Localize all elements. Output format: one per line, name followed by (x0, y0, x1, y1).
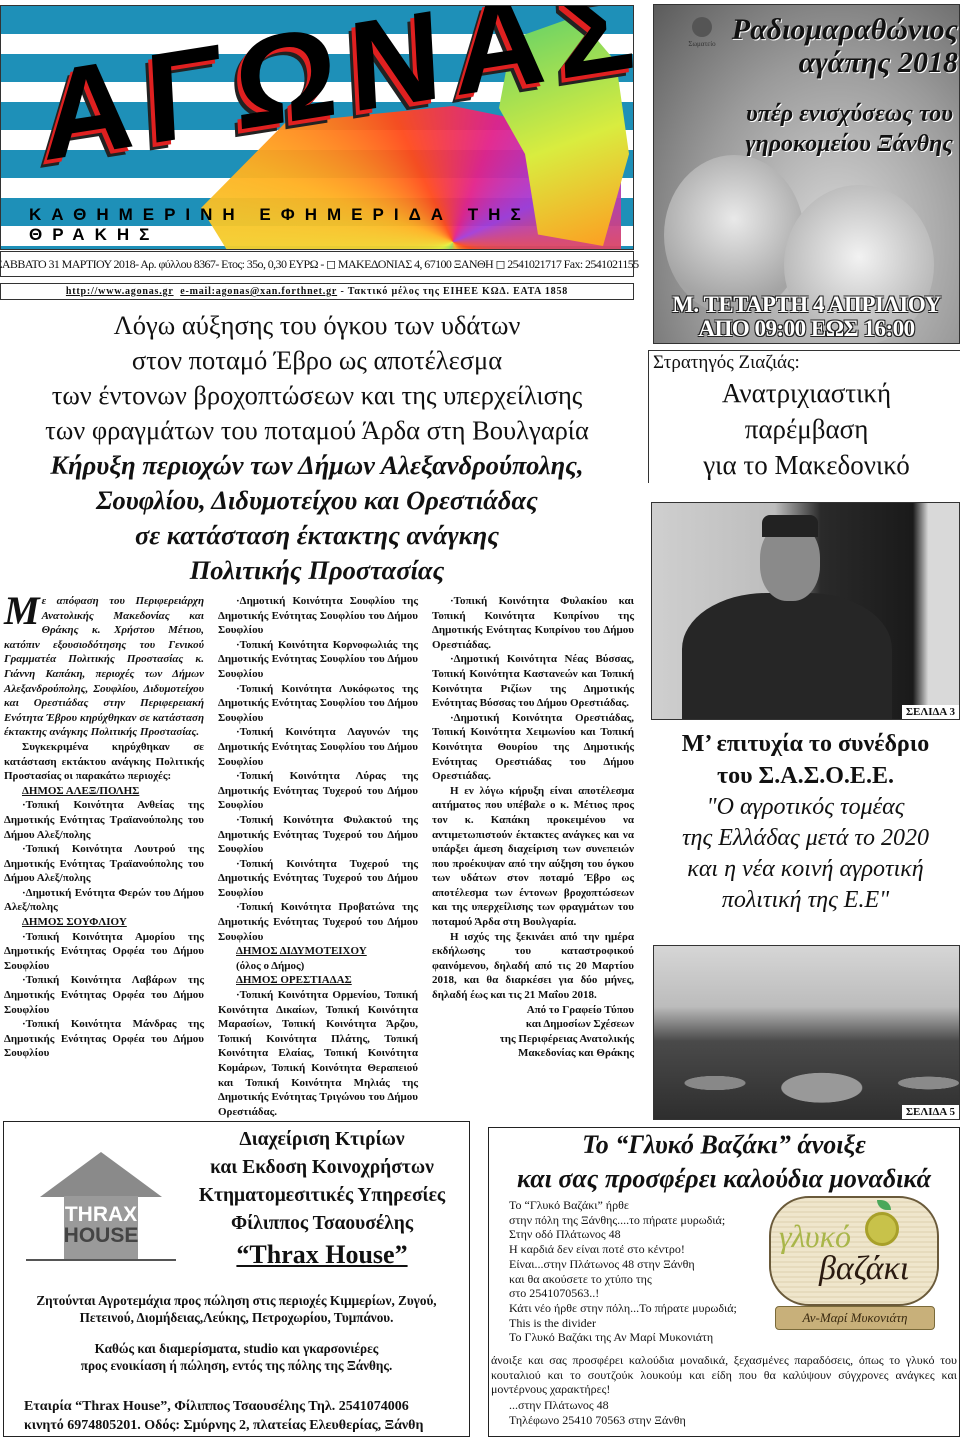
headline-main-line: Κήρυξη περιοχών των Δήμων Αλεξανδρούπολη… (0, 448, 634, 483)
ad-body: Ζητούνται Αγροτεμάχια προς πώληση στις π… (4, 1292, 469, 1374)
article-paragraph: Η εν λόγω κήρυξη είναι αποτέλεσμα αιτήμα… (432, 784, 634, 930)
story-title: Ανατριχιαστική παρέμβαση για το Μακεδονι… (653, 375, 960, 483)
list-item: ·Δημοτική Κοινότητα Ορεστιάδας, Τοπική Κ… (432, 711, 634, 784)
headline-main-line: Πολιτικής Προστασίας (0, 553, 634, 588)
main-headline: Λόγω αύξησης του όγκου των υδάτων στον π… (0, 308, 634, 588)
masthead-logo-banner: ΑΓΩΝΑΣ ΚΑΘΗΜΕΡΙΝΗ ΕΦΗΜΕΡΙΔΑ ΤΗΣ ΘΡΑΚΗΣ (0, 5, 634, 250)
promo-subtitle: υπέρ ενισχύσεως του γηροκομείου Ξάνθης (746, 99, 953, 159)
article-paragraph: Συγκεκριμένα κηρύχθηκαν σε κατάσταση εκτ… (4, 740, 204, 784)
list-item: ·Τοπική Κοινότητα Κορνοφωλιάς της Δημοτι… (218, 638, 418, 682)
story-headline: Μ’ επιτυχία το συνέδριο (651, 728, 960, 760)
logo-icon (692, 17, 712, 37)
list-item: ·Τοπική Κοινότητα Αμορίου της Δημοτικής … (4, 930, 204, 974)
story-quote: "Ο αγροτικός τομέας (651, 792, 960, 823)
headline-main-line: σε κατάσταση έκτακτης ανάγκης (0, 518, 634, 553)
ad-title: Το “Γλυκό Βαζάκι” άνοιξε και σας προσφέρ… (489, 1128, 959, 1196)
ad-contact: Εταιρία “Thrax House”, Φίλιππος Τσαουσέλ… (24, 1398, 464, 1435)
section-heading-soufli: ΔΗΜΟΣ ΣΟΥΦΛΙΟΥ (4, 915, 204, 930)
ad-paragraph: άνοιξε και σας προσφέρει καλούδια μοναδι… (491, 1353, 957, 1397)
ad-text-lines: Το “Γλυκό Βαζάκι” ήρθε στην πόλη της Ξάν… (509, 1198, 737, 1345)
list-item: ·Τοπική Κοινότητα Λαγυνών της Δημοτικής … (218, 725, 418, 769)
page-reference[interactable]: ΣΕΛΙΔΑ 5 (902, 1105, 959, 1119)
section-heading-orestiada: ΔΗΜΟΣ ΟΡΕΣΤΙΑΔΑΣ (218, 973, 418, 988)
article-column-3: ·Τοπική Κοινότητα Φυλακίου και Τοπική Κο… (432, 594, 634, 1061)
section-note: (όλος ο Δήμος) (218, 959, 418, 974)
signature-line: Μακεδονίας και Θράκης (432, 1046, 634, 1061)
apple-icon (865, 1212, 899, 1246)
thrax-house-ad[interactable]: THRAX HOUSE Διαχείριση Κτιρίων και Εκδοσ… (3, 1121, 470, 1437)
website-link[interactable]: http://www.agonas.gr (66, 286, 174, 297)
list-item: ·Τοπική Κοινότητα Λυκόφωτος της Δημοτική… (218, 682, 418, 726)
email-link[interactable]: e-mail:agonas@xan.forthnet.gr (180, 286, 337, 297)
article-column-2: ·Δημοτική Κοινότητα Σουφλίου της Δημοτικ… (218, 594, 418, 1119)
promo-datetime: Μ. ΤΕΤΑΡΤΗ 4 ΑΠΡΙΛΙΟΥ ΑΠΟ 09:00 ΕΩΣ 16:0… (654, 293, 959, 341)
list-item: ·Τοπική Κοινότητα Ορμενίου, Τοπική Κοινό… (218, 988, 418, 1119)
headline-intro-line: στον ποταμό Έβρο ως αποτέλεσμα (0, 343, 634, 378)
sasoee-story-teaser[interactable]: Μ’ επιτυχία το συνέδριο του Σ.Α.Σ.Ο.Ε.Ε.… (651, 728, 960, 916)
ad-brand-name: “Thrax House” (172, 1238, 472, 1272)
list-item: ·Δημοτική Κοινότητα Νέας Βύσσας, Τοπική … (432, 652, 634, 710)
headline-intro-line: των φραγμάτων του ποταμού Άρδα στη Βουλγ… (0, 413, 634, 448)
ziazias-story-teaser[interactable]: Στρατηγός Ζιαζιάς: Ανατριχιαστική παρέμβ… (648, 350, 960, 483)
list-item: ·Τοπική Κοινότητα Λύρας της Δημοτικής Εν… (218, 769, 418, 813)
list-item: ·Δημοτική Κοινότητα Σουφλίου της Δημοτικ… (218, 594, 418, 638)
list-item: ·Τοπική Κοινότητα Λαβάρων της Δημοτικής … (4, 973, 204, 1017)
story-quote: της Ελλάδας μετά το 2020 (651, 823, 960, 854)
article-column-1: Με απόφαση του Περιφερειάρχη Ανατολικής … (4, 594, 204, 1061)
list-item: ·Τοπική Κοινότητα Φυλακτού της Δημοτικής… (218, 813, 418, 857)
section-heading-alexandroupoli: ΔΗΜΟΣ ΑΛΕΞ/ΠΟΛΗΣ (4, 784, 204, 799)
article-paragraph: Η ισχύς της ξεκινάει από την ημέρα εκδήλ… (432, 930, 634, 1003)
signature-line: Από το Γραφείο Τύπου (432, 1003, 634, 1018)
contact-bar: http://www.agonas.gr e-mail:agonas@xan.f… (0, 283, 634, 300)
list-item: ·Τοπική Κοινότητα Ανθείας της Δημοτικής … (4, 798, 204, 842)
headline-main-line: Σουφλίου, Διδυμοτείχου και Ορεστιάδας (0, 483, 634, 518)
photo-young-woman (664, 155, 804, 315)
glyko-vazaki-ad[interactable]: Το “Γλυκό Βαζάκι” άνοιξε και σας προσφέρ… (488, 1127, 960, 1437)
house-logo-icon: THRAX HOUSE (26, 1152, 176, 1262)
list-item: ·Τοπική Κοινότητα Τυχερού της Δημοτικής … (218, 857, 418, 901)
photo-pavlos-melas: ΣΕΛΙΔΑ 3 (651, 502, 960, 720)
section-heading-didymoteicho: ΔΗΜΟΣ ΔΙΔΥΜΟΤΕΙΧΟΥ (218, 944, 418, 959)
signature-line: της Περιφέρειας Ανατολικής (432, 1032, 634, 1047)
list-item: ·Δημοτική Ενότητα Φερών του Δήμου Αλεξ/π… (4, 886, 204, 915)
radiomarathon-promo[interactable]: Σωματείο Ραδιομαραθώνιος αγάπης 2018 υπέ… (653, 4, 960, 344)
dateline-bar: ΣΑΒΒΑΤΟ 31 ΜΑΡΤΙΟΥ 2018- Αρ. φύλλου 8367… (0, 251, 634, 277)
ad-heading: Διαχείριση Κτιρίων και Εκδοση Κοινοχρήστ… (172, 1126, 472, 1272)
story-quote: πολιτική της Ε.Ε" (651, 885, 960, 916)
story-headline: του Σ.Α.Σ.Ο.Ε.Ε. (651, 760, 960, 792)
story-quote: και η νέα κοινή αγροτική (651, 854, 960, 885)
promo-title: Ραδιομαραθώνιος αγάπης 2018 (714, 13, 960, 79)
signature-line: και Δημοσίων Σχέσεων (432, 1017, 634, 1032)
list-item: ·Τοπική Κοινότητα Λουτρού της Δημοτικής … (4, 842, 204, 886)
photo-conference-hall: ΣΕΛΙΔΑ 5 (653, 945, 960, 1120)
list-item: ·Τοπική Κοινότητα Φυλακίου και Τοπική Κο… (432, 594, 634, 652)
list-item: ·Τοπική Κοινότητα Μάνδρας της Δημοτικής … (4, 1017, 204, 1061)
story-kicker: Στρατηγός Ζιαζιάς: (653, 351, 960, 375)
list-item: ·Τοπική Κοινότητα Προβατώνα της Δημοτική… (218, 900, 418, 944)
headline-intro-line: Λόγω αύξησης του όγκου των υδάτων (0, 308, 634, 343)
page-reference[interactable]: ΣΕΛΙΔΑ 3 (902, 705, 959, 719)
glyko-vazaki-logo: γλυκό βαζάκι Αν-Μαρί Μυκονιάτη (757, 1188, 957, 1338)
article-lead: Με απόφαση του Περιφερειάρχη Ανατολικής … (4, 594, 204, 740)
headline-intro-line: των έντονων βροχοπτώσεων και της υπερχεί… (0, 378, 634, 413)
newspaper-subtitle: ΚΑΘΗΜΕΡΙΝΗ ΕΦΗΜΕΡΙΔΑ ΤΗΣ ΘΡΑΚΗΣ (29, 205, 633, 245)
ad-address: ...στην Πλάτωνος 48 Τηλέφωνο 25410 70563… (509, 1398, 686, 1427)
drop-cap: Μ (4, 596, 40, 626)
membership-text: - Τακτικό μέλος της ΕΙΗΕΕ ΚΩΔ. ΕΑΤΑ 1858 (340, 286, 568, 297)
